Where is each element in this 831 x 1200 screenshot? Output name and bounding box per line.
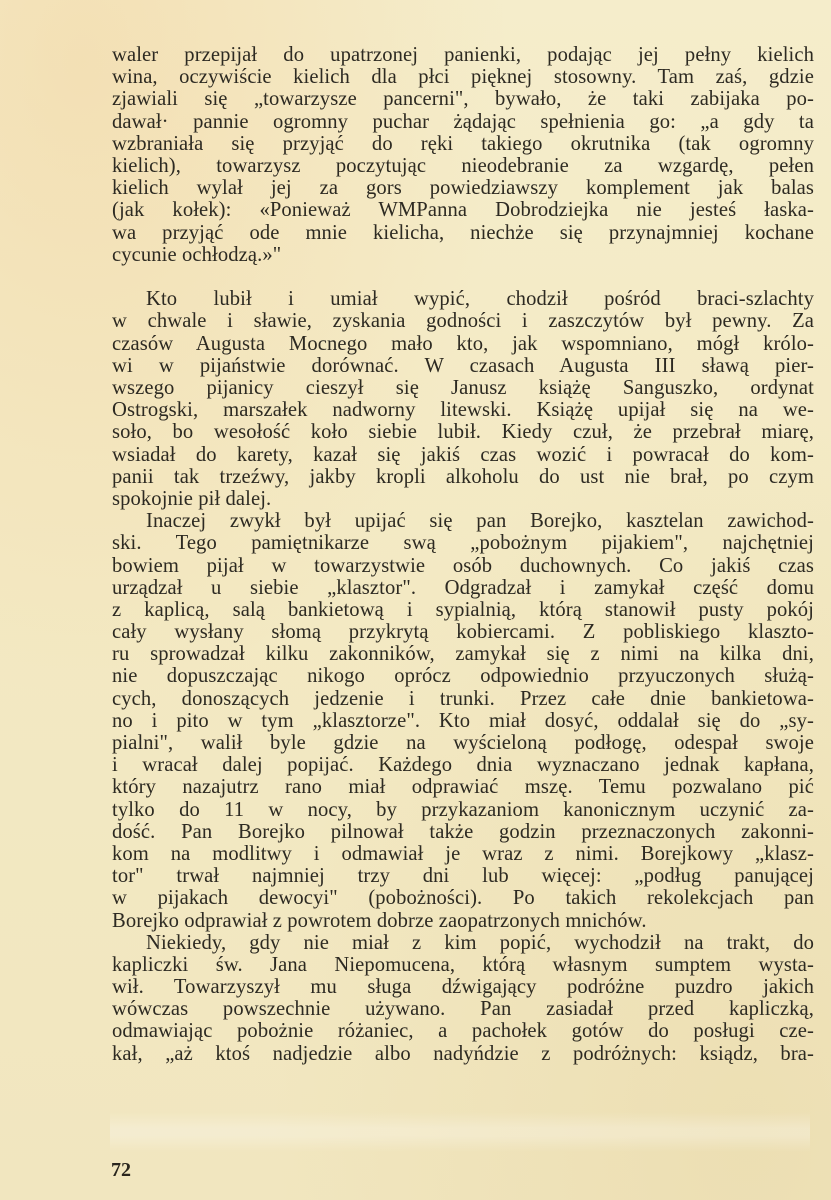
text-line: wił. Towarzyszył mu sługa dźwigający pod…: [112, 976, 814, 998]
text-line: pialni", walił byle gdzie na wyścieloną …: [112, 732, 814, 754]
text-line: no i pito w tym „klasztorze". Kto miał d…: [112, 710, 814, 732]
text-line: wsiadał do karety, kazał się jakiś czas …: [112, 444, 814, 466]
text-line: tylko do 11 w nocy, by przykazaniom kano…: [112, 799, 814, 821]
text-line: kał, „aż ktoś nadjedzie albo nadyńdzie z…: [112, 1043, 814, 1065]
text-line: panii tak trzeźwy, jakby kropli alkoholu…: [112, 466, 814, 488]
text-line: ru sprowadzał kilku zakonników, zamykał …: [112, 643, 814, 665]
text-line: kom na modlitwy i odmawiał je wraz z nim…: [112, 843, 814, 865]
text-line: Niekiedy, gdy nie miał z kim popić, wych…: [112, 932, 814, 954]
book-page: waler przepijał do upatrzonej panienki, …: [0, 0, 831, 1200]
text-line: wa przyjąć ode mnie kielicha, niechże si…: [112, 222, 814, 244]
text-line: kapliczki św. Jana Niepomucena, którą wł…: [112, 954, 814, 976]
text-line: bowiem pijał w towarzystwie osób duchown…: [112, 555, 814, 577]
text-line: kielich wylał jej za gors powiedziawszy …: [112, 177, 814, 199]
text-line: soło, bo wesołość koło siebie lubił. Kie…: [112, 421, 814, 443]
text-line: dawał· pannie ogromny puchar żądając spe…: [112, 111, 814, 133]
text-line: odmawiając pobożnie różaniec, a pachołek…: [112, 1020, 814, 1042]
paragraph-2: Kto lubił i umiał wypić, chodził pośród …: [112, 288, 814, 510]
text-line: Inaczej zwykł był upijać się pan Borejko…: [112, 510, 814, 532]
text-line: nie dopuszczając nikogo oprócz odpowiedn…: [112, 665, 814, 687]
text-line: Ostrogski, marszałek nadworny litewski. …: [112, 399, 814, 421]
text-line: urządzał u siebie „klasztor". Odgradzał …: [112, 577, 814, 599]
text-line: z kaplicą, salą bankietową i sypialnią, …: [112, 599, 814, 621]
text-line: tor" trwał najmniej trzy dni lub więcej:…: [112, 865, 814, 887]
text-line: czasów Augusta Mocnego mało kto, jak wsp…: [112, 333, 814, 355]
text-line: i wracał dalej popijać. Każdego dnia wyz…: [112, 754, 814, 776]
text-line: wi w pijaństwie dorównać. W czasach Augu…: [112, 355, 814, 377]
text-line: Borejko odprawiał z powrotem dobrze zaop…: [112, 910, 814, 932]
text-line: cycunie ochłodzą.»": [112, 244, 814, 266]
page-number: 72: [111, 1159, 131, 1182]
paragraph-1: waler przepijał do upatrzonej panienki, …: [112, 44, 814, 266]
page-body-text: waler przepijał do upatrzonej panienki, …: [112, 44, 814, 1065]
paragraph-4: Niekiedy, gdy nie miał z kim popić, wych…: [112, 932, 814, 1065]
text-line: Kto lubił i umiał wypić, chodził pośród …: [112, 288, 814, 310]
text-line: (jak kołek): «Ponieważ WMPanna Dobrodzie…: [112, 199, 814, 221]
text-line: cych, donoszących jedzenie i trunki. Prz…: [112, 688, 814, 710]
paragraph-gap: [112, 266, 814, 288]
text-line: w chwale i sławie, zyskania godności i z…: [112, 310, 814, 332]
text-line: wina, oczywiście kielich dla płci piękne…: [112, 66, 814, 88]
text-line: w pijakach dewocyi" (pobożności). Po tak…: [112, 887, 814, 909]
paragraph-3: Inaczej zwykł był upijać się pan Borejko…: [112, 510, 814, 932]
text-line: spokojnie pił dalej.: [112, 488, 814, 510]
text-line: ski. Tego pamiętnikarze swą „pobożnym pi…: [112, 532, 814, 554]
text-line: wzbraniała się przyjąć do ręki takiego o…: [112, 133, 814, 155]
faded-watermark-band: [110, 1112, 810, 1152]
text-line: wszego pijanicy cieszył się Janusz książ…: [112, 377, 814, 399]
text-line: cały wysłany słomą przykrytą kobiercami.…: [112, 621, 814, 643]
text-line: waler przepijał do upatrzonej panienki, …: [112, 44, 814, 66]
text-line: który nazajutrz rano miał odprawiać mszę…: [112, 776, 814, 798]
text-line: wówczas powszechnie używano. Pan zasiada…: [112, 998, 814, 1020]
text-line: kielich), towarzysz poczytując nieodebra…: [112, 155, 814, 177]
text-line: dość. Pan Borejko pilnował także godzin …: [112, 821, 814, 843]
text-line: zjawiali się „towarzysze pancerni", bywa…: [112, 88, 814, 110]
